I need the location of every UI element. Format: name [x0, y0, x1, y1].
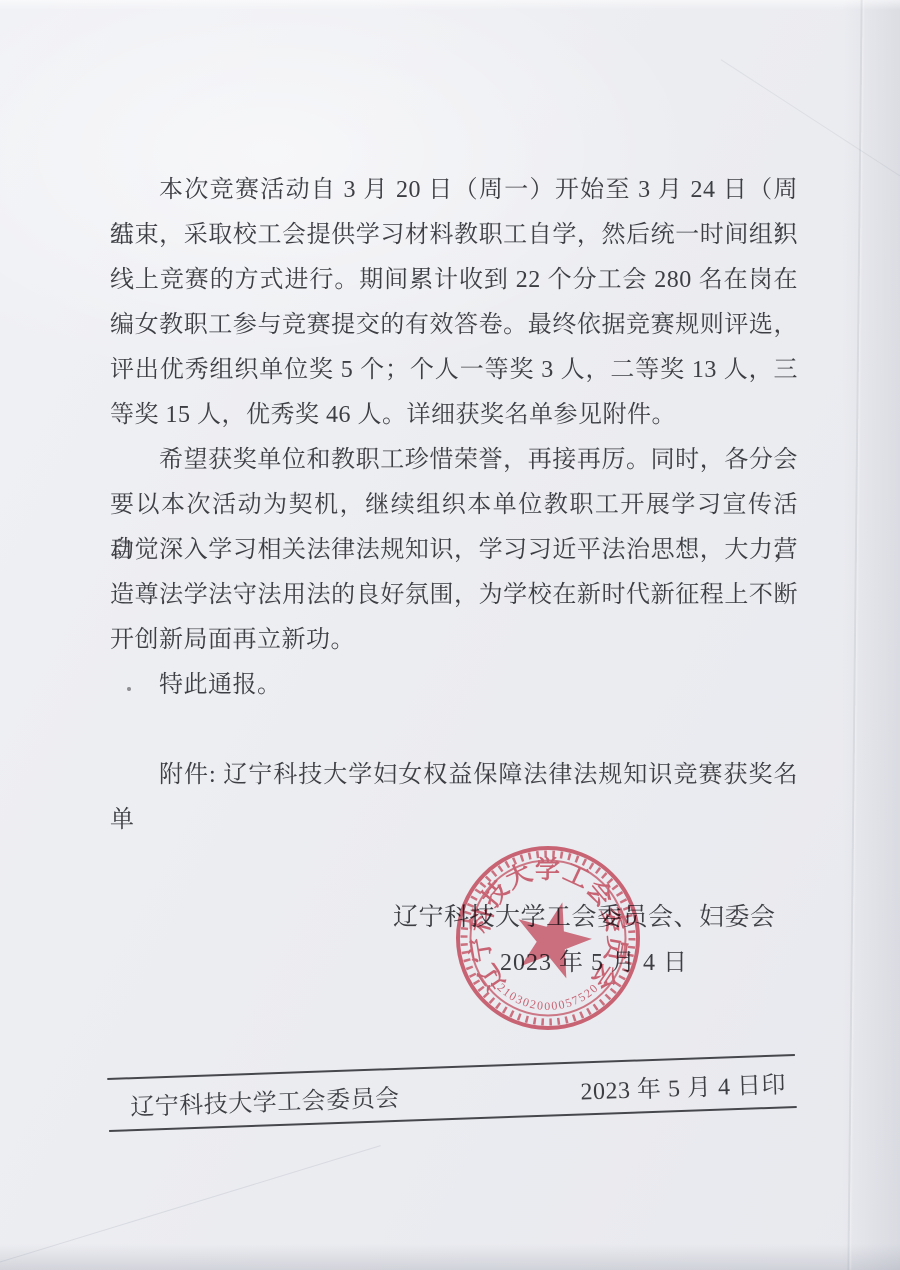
- footer-block: 辽宁科技大学工会委员会 2023 年 5 月 4 日印: [107, 1054, 796, 1132]
- notice-body: 本次竞赛活动自 3 月 20 日（周一）开始至 3 月 24 日（周五） 结束，…: [110, 168, 798, 843]
- body-line: 评出优秀组织单位奖 5 个；个人一等奖 3 人，二等奖 13 人，三: [110, 348, 798, 393]
- attachment-line: 附件: 辽宁科技大学妇女权益保障法律法规知识竞赛获奖名: [110, 753, 798, 798]
- red-star-icon: [507, 893, 599, 983]
- footer-print-date: 2023 年 5 月 4 日印: [580, 1064, 787, 1106]
- scanned-notice-page: 本次竞赛活动自 3 月 20 日（周一）开始至 3 月 24 日（周五） 结束，…: [0, 0, 900, 1270]
- ink-speck: [127, 687, 131, 691]
- body-line: 本次竞赛活动自 3 月 20 日（周一）开始至 3 月 24 日（周五）: [110, 168, 798, 213]
- seal-serial-text-path: 210302000057520: [494, 980, 601, 1013]
- paper-crease: [0, 1145, 381, 1270]
- attachment-line: 单: [110, 798, 798, 843]
- body-line: 希望获奖单位和教职工珍惜荣誉，再接再厉。同时，各分会: [110, 438, 798, 483]
- seal-serial-number: 210302000057520: [494, 980, 601, 1013]
- body-line: 等奖 15 人，优秀奖 46 人。详细获奖名单参见附件。: [110, 393, 798, 438]
- body-line: 要以本次活动为契机，继续组织本单位教职工开展学习宣传活动，: [110, 483, 798, 528]
- body-line: 造尊法学法守法用法的良好氛围，为学校在新时代新征程上不断: [110, 573, 798, 618]
- body-line: 结束，采取校工会提供学习材料教职工自学，然后统一时间组织: [110, 213, 798, 258]
- body-line: 线上竞赛的方式进行。期间累计收到 22 个分工会 280 名在岗在: [110, 258, 798, 303]
- body-line: 自觉深入学习相关法律法规知识，学习习近平法治思想，大力营: [110, 528, 798, 573]
- paper-crease: [847, 0, 862, 1270]
- body-line: 开创新局面再立新功。: [110, 618, 798, 663]
- body-line: 编女教职工参与竞赛提交的有效答卷。最终依据竞赛规则评选，: [110, 303, 798, 348]
- blank-line: [110, 708, 798, 753]
- closing-line: 特此通报。: [110, 663, 798, 708]
- footer-issuer: 辽宁科技大学工会委员会: [130, 1077, 401, 1121]
- official-seal: 辽宁科技大学工会委员会 210302000057520: [448, 838, 648, 1038]
